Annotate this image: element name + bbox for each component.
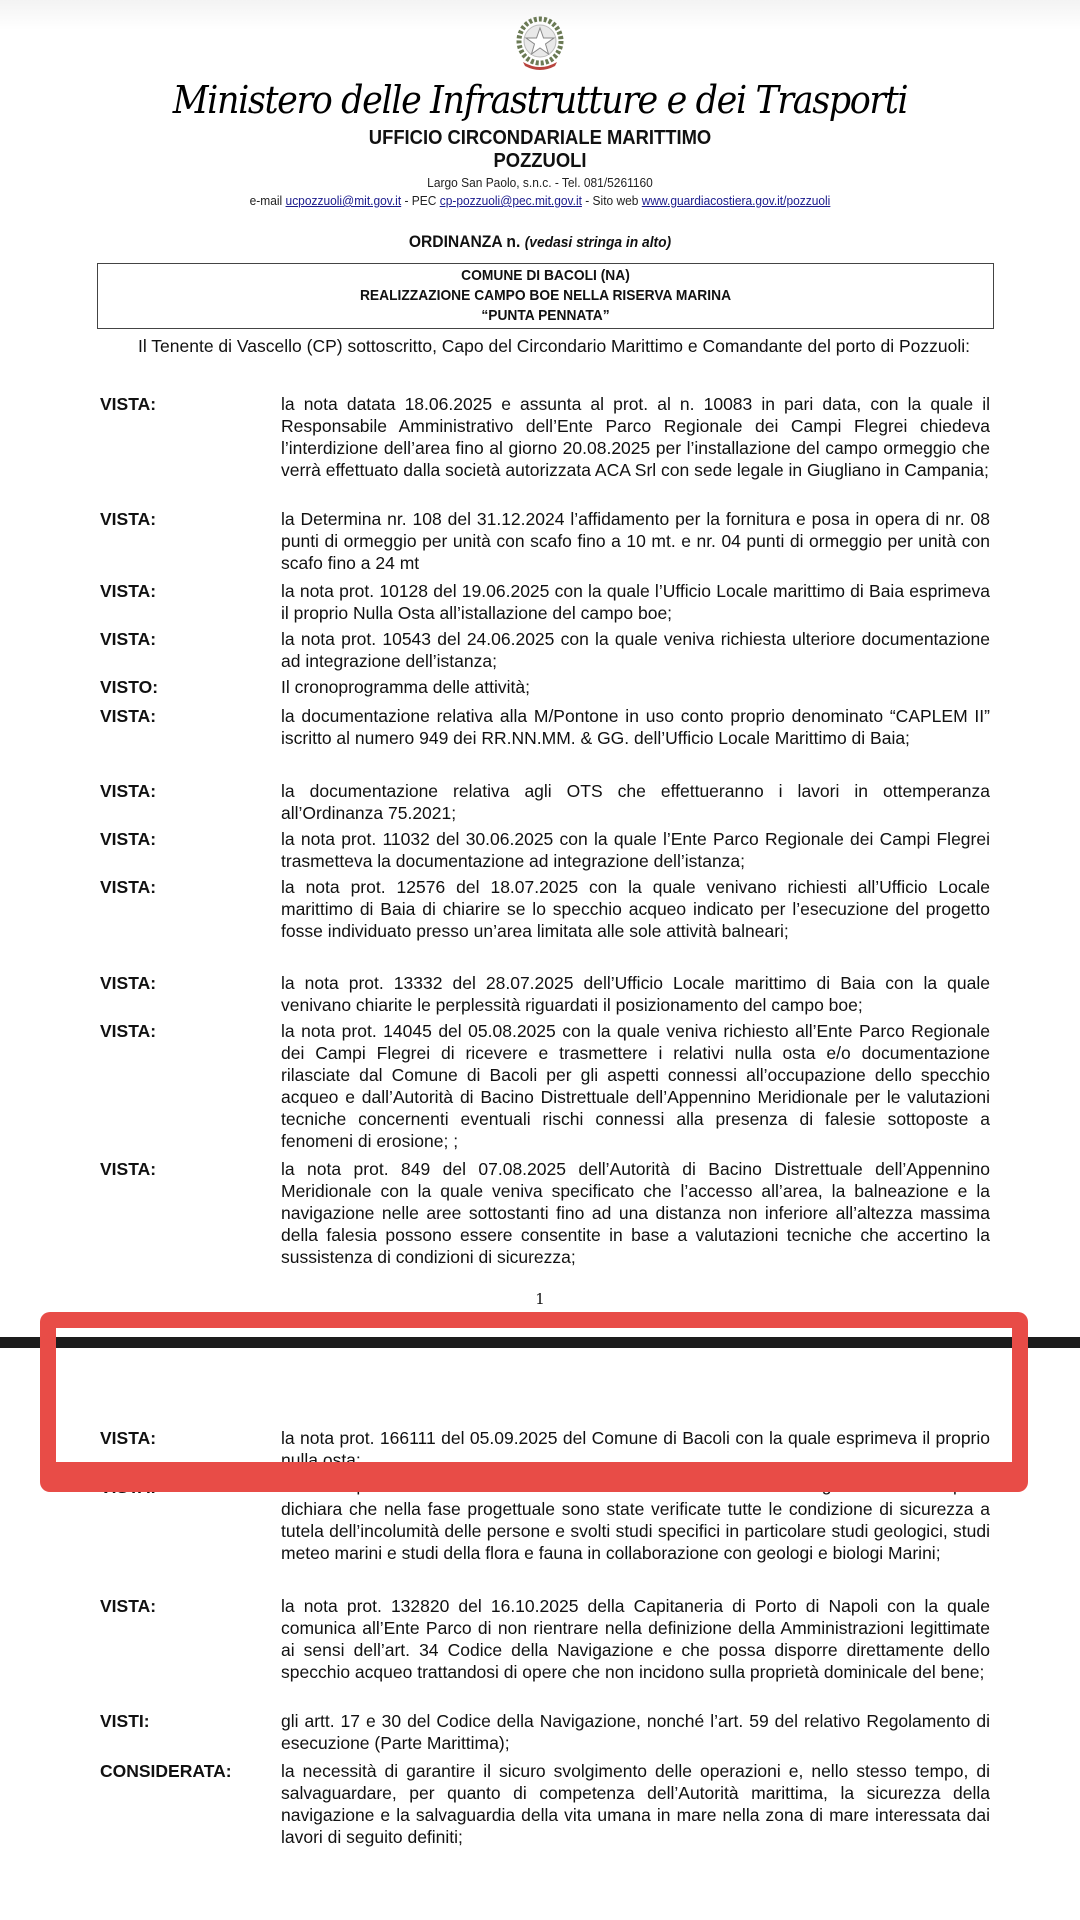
email-prefix: e-mail bbox=[250, 193, 286, 208]
italian-republic-emblem-icon bbox=[513, 16, 567, 74]
entry-text: la nota prot. 13332 del 28.07.2025 dell’… bbox=[281, 972, 990, 1016]
entry-text: la documentazione relativa agli OTS che … bbox=[281, 780, 990, 824]
list-item: VISTA:la nota prot. 13332 del 28.07.2025… bbox=[100, 972, 990, 1016]
entry-label: VISTA: bbox=[100, 972, 156, 994]
entry-label: VISTA: bbox=[100, 508, 156, 530]
entry-label: VISTA: bbox=[100, 1427, 156, 1449]
entry-text: la nota prot. 11032 del 30.06.2025 con l… bbox=[281, 828, 990, 872]
list-item: VISTA:la documentazione relativa alla M/… bbox=[100, 705, 990, 749]
entry-label: VISTA: bbox=[100, 828, 156, 850]
entry-text: la nota prot. 849 del 07.08.2025 dell’Au… bbox=[281, 1158, 990, 1268]
list-item: dichiara che nella fase progettuale sono… bbox=[100, 1498, 990, 1564]
list-item: VISTA:la nota prot. 11032 del 30.06.2025… bbox=[100, 828, 990, 872]
list-item: VISTO:Il cronoprogramma delle attività; bbox=[100, 676, 990, 698]
ministry-name: Ministero delle Infrastrutture e dei Tra… bbox=[43, 78, 1037, 122]
ordinance-title-box: COMUNE DI BACOLI (NA) REALIZZAZIONE CAMP… bbox=[97, 263, 994, 329]
entry-label: VISTA: bbox=[100, 393, 156, 415]
entry-label: VISTA: bbox=[100, 705, 156, 727]
list-item: VISTA:la nota prot. 10543 del 24.06.2025… bbox=[100, 628, 990, 672]
list-item: VISTA:la nota prot. 132820 del 16.10.202… bbox=[100, 1595, 990, 1683]
entry-text: gli artt. 17 e 30 del Codice della Navig… bbox=[281, 1710, 990, 1754]
entry-text: la nota prot. 14045 del 05.08.2025 con l… bbox=[281, 1020, 990, 1152]
title-line-1: COMUNE DI BACOLI (NA) bbox=[134, 266, 957, 286]
office-contacts: e-mail ucpozzuoli@mit.gov.it - PEC cp-po… bbox=[43, 193, 1037, 208]
entry-text: dichiara che nella fase progettuale sono… bbox=[281, 1498, 990, 1564]
entry-text: la nota prot. 132820 del 16.10.2025 dell… bbox=[281, 1595, 990, 1683]
ordinance-note: (vedasi stringa in alto) bbox=[525, 234, 671, 251]
entry-label: VISTA: bbox=[100, 580, 156, 602]
entry-text: la nota datata 18.06.2025 e assunta al p… bbox=[281, 393, 990, 481]
page-number: 1 bbox=[0, 1290, 1080, 1308]
entry-label: VISTA: bbox=[100, 1158, 156, 1180]
list-item: VISTA:la nota prot. 849 del 07.08.2025 d… bbox=[100, 1158, 990, 1268]
entry-text: la documentazione relativa alla M/Ponton… bbox=[281, 705, 990, 749]
title-line-2: REALIZZAZIONE CAMPO BOE NELLA RISERVA MA… bbox=[134, 286, 957, 306]
list-item: VISTA:la nota prot. 14045 del 05.08.2025… bbox=[100, 1020, 990, 1152]
list-item: VISTA:la nota datata 18.06.2025 e assunt… bbox=[100, 393, 990, 481]
entry-text: la nota prot. 10543 del 24.06.2025 con l… bbox=[281, 628, 990, 672]
entry-text: la nota prot. 10128 del 19.06.2025 con l… bbox=[281, 580, 990, 624]
ordinance-label: ORDINANZA n. bbox=[409, 232, 521, 251]
site-prefix: - Sito web bbox=[582, 193, 642, 208]
entry-label: VISTA: bbox=[100, 628, 156, 650]
entry-label: VISTI: bbox=[100, 1710, 150, 1732]
entry-label: VISTA: bbox=[100, 1020, 156, 1042]
list-item: CONSIDERATA:la necessità di garantire il… bbox=[100, 1760, 990, 1848]
website-link[interactable]: www.guardiacostiera.gov.it/pozzuoli bbox=[642, 193, 831, 208]
ordinance-heading: ORDINANZA n. (vedasi stringa in alto) bbox=[43, 232, 1037, 252]
highlight-mask bbox=[40, 1462, 1028, 1486]
pec-prefix: - PEC bbox=[401, 193, 440, 208]
list-item: VISTA:la Determina nr. 108 del 31.12.202… bbox=[100, 508, 990, 574]
entry-text: la necessità di garantire il sicuro svol… bbox=[281, 1760, 990, 1848]
entry-text: la Determina nr. 108 del 31.12.2024 l’af… bbox=[281, 508, 990, 574]
entry-label: VISTA: bbox=[100, 1595, 156, 1617]
entry-label: VISTO: bbox=[100, 676, 158, 698]
page-break-divider bbox=[0, 1337, 1080, 1348]
list-item: VISTA:la documentazione relativa agli OT… bbox=[100, 780, 990, 824]
entry-text: la nota prot. 12576 del 18.07.2025 con l… bbox=[281, 876, 990, 942]
office-name: UFFICIO CIRCONDARIALE MARITTIMO bbox=[43, 127, 1037, 150]
entry-label: VISTA: bbox=[100, 876, 156, 898]
list-item: VISTI:gli artt. 17 e 30 del Codice della… bbox=[100, 1710, 990, 1754]
list-item: VISTA:la nota prot. 12576 del 18.07.2025… bbox=[100, 876, 990, 942]
pec-link[interactable]: cp-pozzuoli@pec.mit.gov.it bbox=[440, 193, 582, 208]
entry-label: CONSIDERATA: bbox=[100, 1760, 232, 1782]
entry-text: Il cronoprogramma delle attività; bbox=[281, 676, 990, 698]
email-link[interactable]: ucpozzuoli@mit.gov.it bbox=[286, 193, 402, 208]
list-item: VISTA:la nota prot. 10128 del 19.06.2025… bbox=[100, 580, 990, 624]
office-address: Largo San Paolo, s.n.c. - Tel. 081/52611… bbox=[43, 175, 1037, 190]
intro-paragraph: Il Tenente di Vascello (CP) sottoscritto… bbox=[102, 335, 988, 357]
title-line-3: “PUNTA PENNATA” bbox=[134, 306, 957, 326]
office-city: POZZUOLI bbox=[43, 150, 1037, 173]
entry-label: VISTA: bbox=[100, 780, 156, 802]
